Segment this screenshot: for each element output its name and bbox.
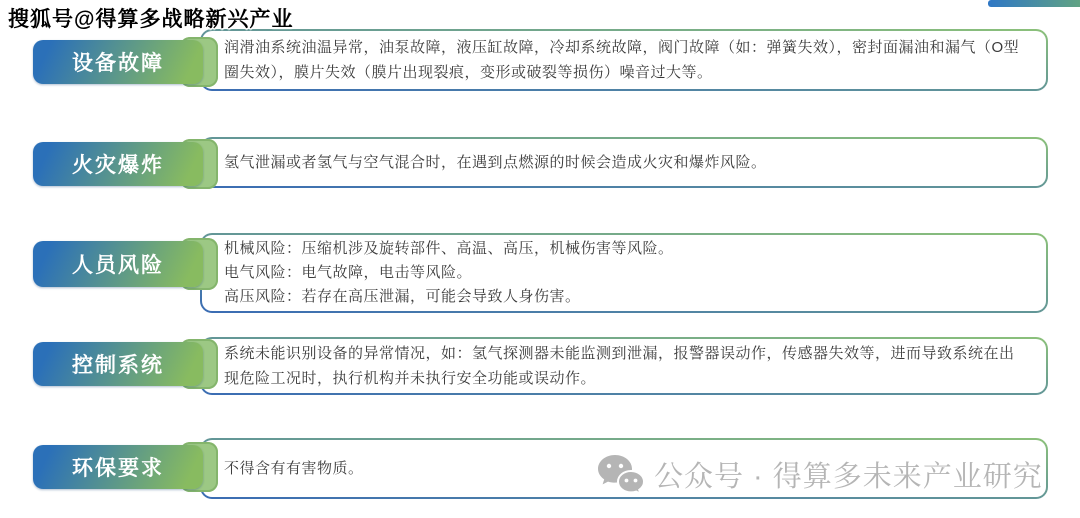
description-box-inner: 机械风险：压缩机涉及旋转部件、高温、高压，机械伤害等风险。电气风险：电气故障，电… — [202, 235, 1046, 311]
category-pill: 火灾爆炸 — [33, 142, 203, 186]
description-box-inner: 氢气泄漏或者氢气与空气混合时，在遇到点燃源的时候会造成火灾和爆炸风险。 — [202, 139, 1046, 186]
category-pill: 环保要求 — [33, 445, 203, 489]
infographic-canvas: 搜狐号@得算多战略新兴产业 润滑油系统油温异常，油泵故障，液压缸故障，冷却系统故… — [0, 0, 1080, 518]
description-box: 系统未能识别设备的异常情况，如：氢气探测器未能监测到泄漏，报警器误动作，传感器失… — [200, 337, 1048, 395]
description-text: 润滑油系统油温异常，油泵故障，液压缸故障，冷却系统故障，阀门故障（如：弹簧失效）… — [224, 35, 1028, 85]
description-text: 氢气泄漏或者氢气与空气混合时，在遇到点燃源的时候会造成火灾和爆炸风险。 — [224, 150, 1028, 175]
description-box: 润滑油系统油温异常，油泵故障，液压缸故障，冷却系统故障，阀门故障（如：弹簧失效）… — [200, 29, 1048, 91]
description-text: 系统未能识别设备的异常情况，如：氢气探测器未能监测到泄漏，报警器误动作，传感器失… — [224, 341, 1028, 391]
wechat-icon — [596, 452, 644, 496]
category-pill: 人员风险 — [33, 241, 203, 287]
description-box: 机械风险：压缩机涉及旋转部件、高温、高压，机械伤害等风险。电气风险：电气故障，电… — [200, 233, 1048, 313]
description-box-inner: 系统未能识别设备的异常情况，如：氢气探测器未能监测到泄漏，报警器误动作，传感器失… — [202, 339, 1046, 393]
description-text: 电气风险：电气故障，电击等风险。 — [224, 261, 1028, 285]
description-box-inner: 润滑油系统油温异常，油泵故障，液压缸故障，冷却系统故障，阀门故障（如：弹簧失效）… — [202, 31, 1046, 89]
category-pill: 控制系统 — [33, 342, 203, 386]
description-text: 高压风险：若存在高压泄漏，可能会导致人身伤害。 — [224, 285, 1028, 309]
wechat-watermark-text: 公众号 · 得算多未来产业研究 — [654, 454, 1043, 495]
category-pill: 设备故障 — [33, 40, 203, 84]
top-right-accent-bar — [988, 0, 1080, 7]
description-text: 机械风险：压缩机涉及旋转部件、高温、高压，机械伤害等风险。 — [224, 237, 1028, 261]
sohu-account-watermark: 搜狐号@得算多战略新兴产业 — [8, 3, 293, 33]
wechat-account-watermark: 公众号 · 得算多未来产业研究 — [596, 452, 1043, 496]
description-box: 氢气泄漏或者氢气与空气混合时，在遇到点燃源的时候会造成火灾和爆炸风险。 — [200, 137, 1048, 188]
